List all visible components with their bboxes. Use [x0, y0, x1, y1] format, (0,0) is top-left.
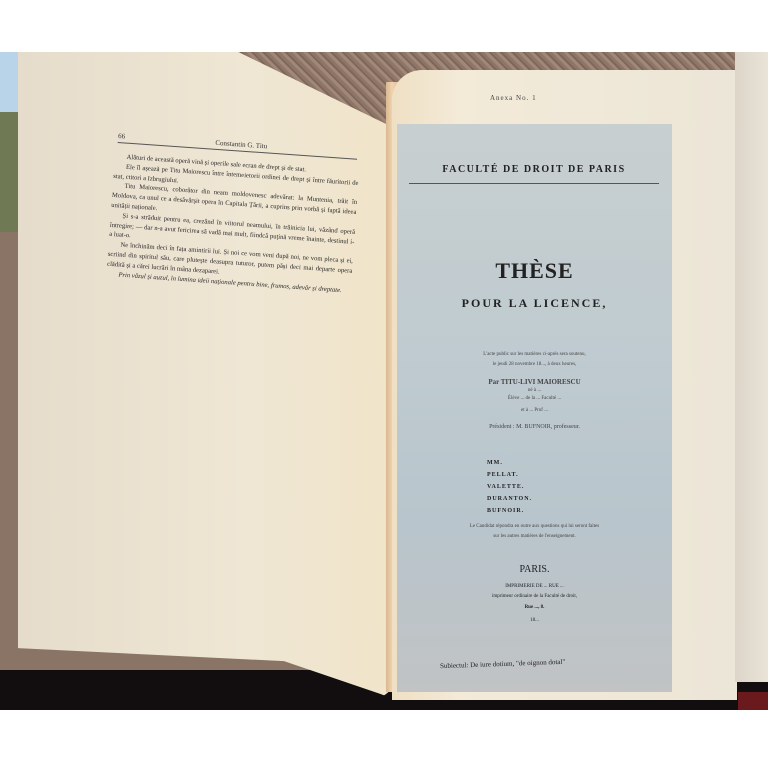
faculty-heading: FACULTÉ DE DROIT DE PARIS	[409, 164, 659, 184]
year-line: 18...	[407, 618, 662, 623]
window-light	[0, 52, 20, 112]
annex-header: Anexa No. 1	[490, 94, 537, 102]
jury-member: BUFNOIR.	[487, 505, 532, 517]
plate-line: sur les autres matières de l'enseignemen…	[412, 534, 657, 539]
book-photo: 66 Constantin G. Titu Alături de această…	[0, 52, 768, 710]
author-detail: né à ...	[412, 388, 657, 393]
author-line: Par TITU-LIVI MAIORESCU	[412, 378, 657, 386]
thesis-title-plate: FACULTÉ DE DROIT DE PARIS THÈSE POUR LA …	[397, 124, 672, 692]
author-detail: Élève ... de la ... Faculté ...	[412, 396, 657, 401]
author-detail: et à ... Prof ...	[412, 408, 657, 413]
left-page-body: Alături de această operă vină și operile…	[106, 152, 359, 296]
jury-list: MM. PELLAT. VALETTE. DURANTON. BUFNOIR.	[487, 457, 532, 517]
page-number: 66	[118, 132, 126, 140]
jury-member: MM.	[487, 457, 532, 469]
president-line: Président : M. BUFNOIR, professeur.	[412, 424, 657, 430]
publisher-line: Rue ..., 8.	[407, 605, 662, 610]
publisher-line: imprimeur ordinaire de la Faculté de dro…	[407, 594, 662, 599]
thesis-title: THÈSE	[397, 258, 672, 284]
plate-line: le jeudi 28 novembre 18..., à deux heure…	[412, 362, 657, 367]
jury-member: DURANTON.	[487, 493, 532, 505]
city-line: PARIS.	[397, 564, 672, 575]
background-object	[0, 112, 20, 232]
jury-member: PELLAT.	[487, 469, 532, 481]
page-stack-edge	[735, 52, 768, 682]
publisher-line: IMPRIMERIE DE ... RUE ...	[407, 584, 662, 589]
thesis-subtitle: POUR LA LICENCE,	[397, 296, 672, 311]
plate-line: Le Candidat répondra en outre aux questi…	[412, 524, 657, 529]
book-cover-edge	[738, 692, 768, 710]
jury-member: VALETTE.	[487, 481, 532, 493]
plate-line: L'acte public sur les matières ci-après …	[412, 352, 657, 357]
